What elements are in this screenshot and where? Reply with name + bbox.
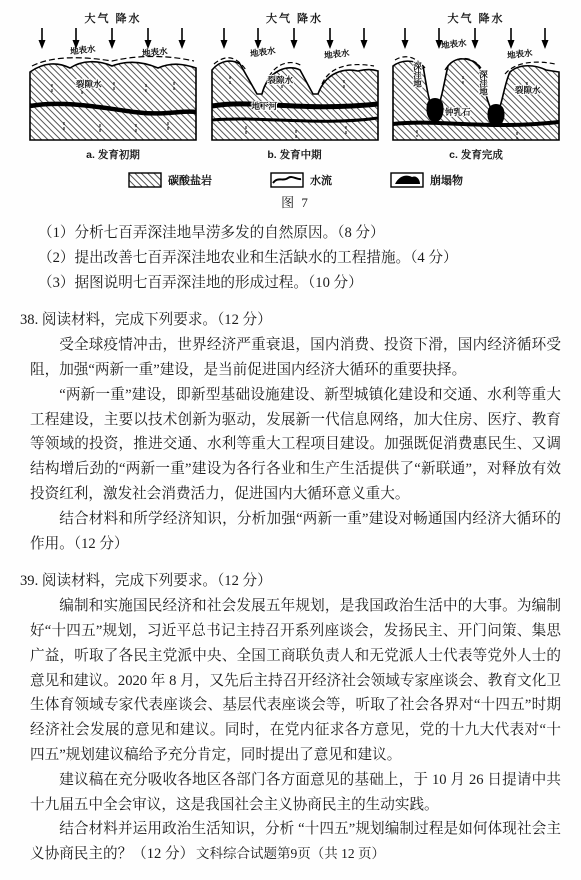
rain-arrow xyxy=(254,28,261,49)
rain-arrow xyxy=(360,28,367,49)
rain-arrow xyxy=(145,28,152,49)
legend-label: 崩塌物 xyxy=(430,172,463,188)
fissure-water-label: 裂隙水 xyxy=(515,86,541,95)
figure-caption: 图 7 xyxy=(30,192,561,211)
question-38: 38. 阅读材料，完成下列要求。（12 分） 受全球疫情冲击，世界经济严重衰退，… xyxy=(30,308,561,556)
panel-c-title: 大气 降水 xyxy=(387,10,565,26)
carbonate-rock xyxy=(212,61,378,140)
question-38-heading: 38. 阅读材料，完成下列要求。（12 分） xyxy=(20,308,561,333)
rain-arrow xyxy=(39,28,46,49)
panel-b-art: 地表水 地表水 裂隙水 地下河 xyxy=(206,26,384,146)
rain-arrow xyxy=(472,28,479,49)
panel-b-title: 大气 降水 xyxy=(206,10,384,26)
fissure-water-label: 裂隙水 xyxy=(268,76,294,85)
panel-c-art: 地表水 地表水 深洼地 深洼地 钟乳石 裂隙水 xyxy=(387,26,565,146)
panel-a-title: 大气 降水 xyxy=(24,10,202,26)
rain-arrow xyxy=(508,28,515,49)
debris-blob-1 xyxy=(426,98,443,122)
stream-swatch xyxy=(270,172,304,188)
underground-river-band xyxy=(212,104,378,107)
figure-7: 大气 降水 xyxy=(24,10,565,162)
q39-paragraph-1: 编制和实施国民经济和社会发展五年规划，是我国政治生活中的大事。为编制好“十四五”… xyxy=(30,594,561,768)
panel-b-caption: b. 发育中期 xyxy=(206,147,384,162)
surface-water-label: 地表水 xyxy=(142,47,168,58)
carbonate-rock-swatch xyxy=(128,172,162,188)
exam-page: 大气 降水 xyxy=(0,0,581,880)
question-part-1: （1）分析七百弄深洼地旱涝多发的自然原因。（8 分） xyxy=(30,221,561,246)
panel-c-caption: c. 发育完成 xyxy=(387,147,565,162)
panel-a-art: 地表水 地表水 裂隙水 xyxy=(24,26,202,146)
panel-a-caption: a. 发育初期 xyxy=(24,147,202,162)
legend-label: 碳酸盐岩 xyxy=(168,172,212,188)
panel-b-drawing xyxy=(206,26,384,146)
rain-arrow xyxy=(326,28,333,49)
figure-panel-a: 大气 降水 xyxy=(24,10,202,162)
carbonate-rock xyxy=(30,62,196,140)
q39-paragraph-2: 建议稿在充分吸收各地区各部门各方面意见的基础上，于 10 月 26 日提请中共十… xyxy=(30,768,561,818)
question-39-heading: 39. 阅读材料，完成下列要求。（12 分） xyxy=(20,569,561,594)
rain-arrow xyxy=(542,28,549,49)
figure-legend: 碳酸盐岩 水流 崩塌物 xyxy=(30,172,561,188)
figure-panel-c: 大气 降水 xyxy=(387,10,565,162)
deep-depression-label: 深洼地 xyxy=(479,70,488,96)
question-39: 39. 阅读材料，完成下列要求。（12 分） 编制和实施国民经济和社会发展五年规… xyxy=(30,569,561,867)
rain-arrow xyxy=(109,28,116,49)
rain-arrow xyxy=(220,28,227,49)
rain-arrow xyxy=(179,28,186,49)
page-footer: 文科综合试题第9页（共 12 页） xyxy=(0,842,581,862)
question-part-3: （3）据图说明七百弄深洼地的形成过程。（10 分） xyxy=(30,271,561,296)
legend-item-debris: 崩塌物 xyxy=(390,172,463,188)
rain-arrow xyxy=(290,28,297,49)
deep-depression-label: 深洼地 xyxy=(413,62,422,88)
figure-panel-b: 大气 降水 xyxy=(206,10,384,162)
legend-item-stream: 水流 xyxy=(270,172,332,188)
panel-a-drawing xyxy=(24,26,202,146)
stalactite-label: 钟乳石 xyxy=(445,108,471,117)
fissure-water-label: 裂隙水 xyxy=(76,80,102,89)
debris-swatch xyxy=(390,172,424,188)
q38-paragraph-2: “两新一重”建设，即新型基础设施建设、新型城镇化建设和交通、水利等重大工程建设，… xyxy=(30,383,561,507)
legend-label: 水流 xyxy=(310,172,332,188)
rain-arrow xyxy=(402,28,409,49)
underground-river-label: 地下河 xyxy=(252,102,278,111)
debris-blob-2 xyxy=(487,104,504,126)
question-part-2: （2）提出改善七百弄深洼地农业和生活缺水的工程措施。（4 分） xyxy=(30,246,561,271)
legend-item-carbonate: 碳酸盐岩 xyxy=(128,172,212,188)
q38-paragraph-1: 受全球疫情冲击，世界经济严重衰退，国内消费、投资下滑，国内经济循环受阻，加强“两… xyxy=(30,333,561,383)
question-37-parts: （1）分析七百弄深洼地旱涝多发的自然原因。（8 分） （2）提出改善七百弄深洼地… xyxy=(30,221,561,295)
q38-paragraph-3: 结合材料和所学经济知识，分析加强“两新一重”建设对畅通国内经济大循环的作用。（1… xyxy=(30,507,561,557)
